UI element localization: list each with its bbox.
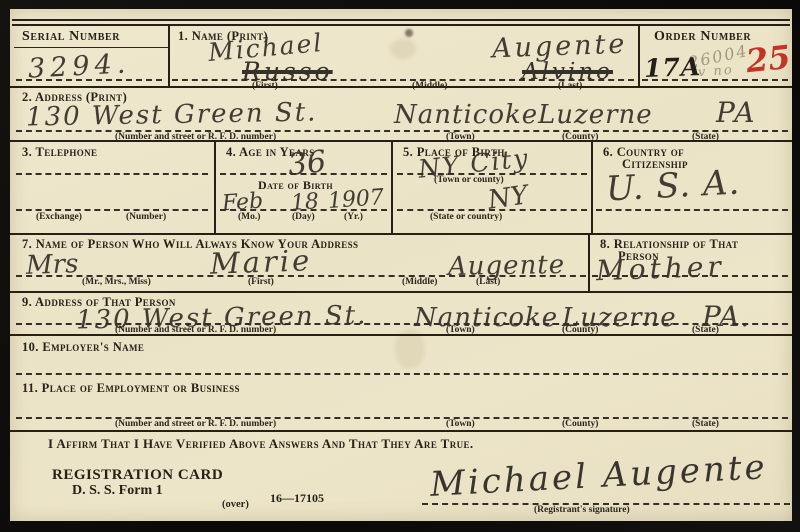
contact-last-sublabel: (Last) (476, 277, 500, 287)
order-pencil-note-bottom: v no (698, 64, 735, 79)
serial-number-label: Serial Number (22, 29, 120, 45)
citizenship-write-line (596, 209, 788, 211)
section-rule (10, 430, 792, 432)
serial-number-value: 3294. (27, 50, 131, 82)
card-paper: Serial Number 3294. 1. Name (Print) Mich… (10, 9, 792, 521)
age-write-line (220, 173, 387, 175)
address-state-value: PA (716, 99, 757, 127)
top-border-rule (12, 19, 790, 26)
divider (391, 140, 393, 234)
dob-write-line (220, 209, 387, 211)
divider (638, 26, 640, 86)
order-write-line (642, 79, 788, 81)
birth-town-sublabel: (Town or county) (434, 175, 504, 185)
employment-state-sublabel: (State) (692, 419, 719, 429)
scanned-registration-card: Serial Number 3294. 1. Name (Print) Mich… (0, 0, 800, 532)
contact-first-value: Marie (210, 246, 313, 279)
employment-label: 11. Place of Employment or Business (22, 381, 240, 396)
serial-header-underline (14, 47, 168, 48)
section-rule (10, 86, 792, 88)
telephone-exchange-sublabel: (Exchange) (36, 212, 82, 222)
employment-town-sublabel: (Town) (446, 419, 475, 429)
telephone-write-line-2 (16, 209, 208, 211)
over-note: (over) (222, 499, 249, 510)
section-rule (10, 233, 792, 235)
paper-stain (405, 29, 413, 37)
divider (168, 26, 170, 86)
birth-state-sublabel: (State or country) (430, 212, 502, 222)
employment-county-sublabel: (County) (562, 419, 598, 429)
section-rule (10, 334, 792, 336)
serial-write-line (16, 79, 162, 81)
divider (588, 233, 590, 292)
name-last-value: Augente (492, 31, 628, 63)
divider (591, 140, 593, 234)
relationship-write-line (592, 275, 788, 277)
contact-address-town-value: Nanticoke (414, 305, 558, 331)
relationship-value: Mother (596, 253, 726, 285)
form-number: D. S. S. Form 1 (72, 483, 163, 499)
signature-sublabel: (Registrant's signature) (534, 505, 630, 515)
address-county-value: Luzerne (538, 102, 653, 128)
telephone-label: 3. Telephone (22, 145, 97, 160)
contact-middle-sublabel: (Middle) (402, 277, 437, 287)
section-rule (10, 140, 792, 142)
dob-month-sublabel: (Mo.) (238, 212, 260, 222)
contact-first-sublabel: (First) (248, 277, 274, 287)
registrant-signature: Michael Augente (429, 450, 768, 502)
dob-year-sublabel: (Yr.) (344, 212, 363, 222)
order-red-stamp-value: 25 (744, 41, 792, 77)
employer-write-line (16, 373, 788, 375)
registration-card-title: REGISTRATION CARD (52, 467, 223, 484)
employer-label: 10. Employer's Name (22, 340, 144, 355)
contact-title-sublabel: (Mr., Mrs., Miss) (82, 277, 151, 287)
address-street-value: 130 West Green St. (26, 99, 318, 130)
citizenship-value: U. S. A. (605, 166, 741, 207)
divider (214, 140, 216, 234)
paper-stain (390, 39, 416, 59)
telephone-write-line-1 (16, 173, 208, 175)
dob-day-sublabel: (Day) (292, 212, 315, 222)
employment-street-sublabel: (Number and street or R. F. D. number) (115, 419, 276, 429)
telephone-number-sublabel: (Number) (126, 212, 166, 222)
address-town-value: Nanticoke (394, 102, 538, 128)
birth-state-write-line (397, 209, 587, 211)
affirmation-text: I Affirm That I Have Verified Above Answ… (48, 436, 474, 452)
print-code: 16—17105 (270, 491, 324, 506)
age-value: 36 (287, 147, 328, 181)
section-rule (10, 291, 792, 293)
order-ink-value: 17A (644, 54, 702, 81)
